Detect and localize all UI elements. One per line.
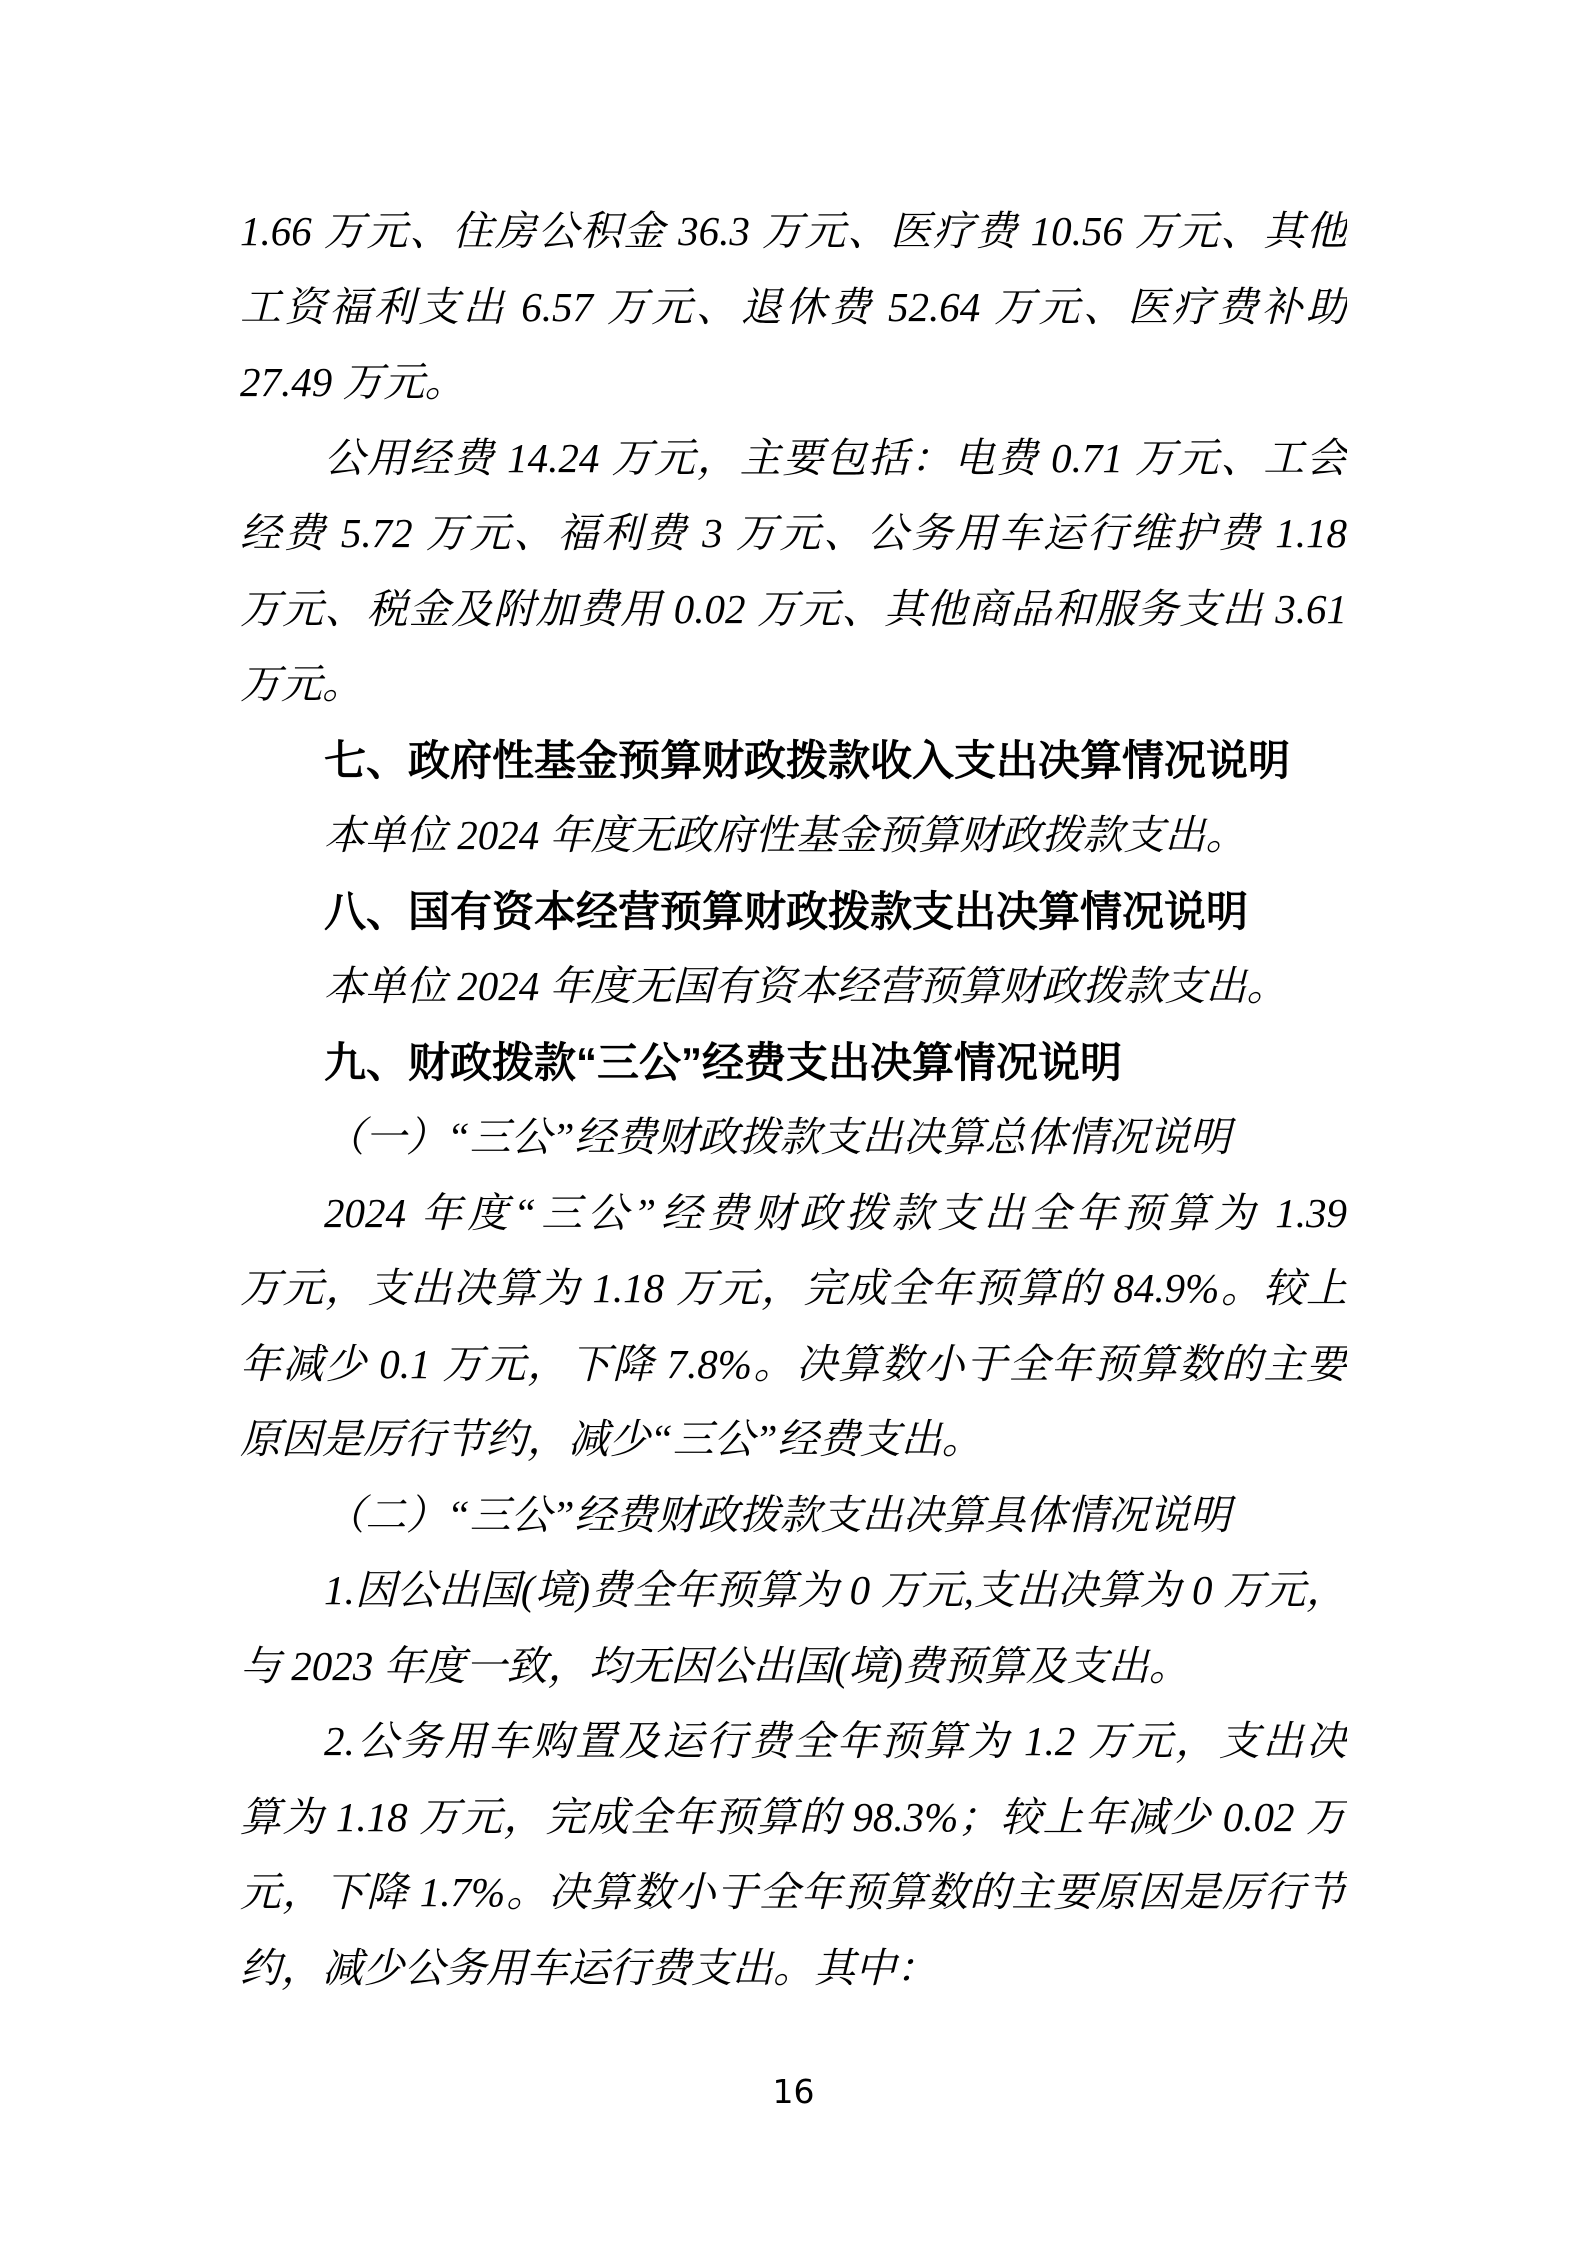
page-number: 16: [0, 2072, 1587, 2111]
subsection-heading-1: （一）“三公”经费财政拨款支出决算总体情况说明: [240, 1100, 1347, 1176]
section-heading-8: 八、国有资本经营预算财政拨款支出决算情况说明: [240, 874, 1347, 950]
body-line: 1.66 万元、住房公积金 36.3 万元、医疗费 10.56 万元、其他: [240, 194, 1347, 270]
body-line: 1.因公出国(境)费全年预算为 0 万元,支出决算为 0 万元，: [240, 1553, 1347, 1629]
body-line: 万元、税金及附加费用 0.02 万元、其他商品和服务支出 3.61: [240, 572, 1347, 648]
body-line: 年减少 0.1 万元，下降 7.8%。决算数小于全年预算数的主要: [240, 1327, 1347, 1403]
section-heading-9: 九、财政拨款“三公”经费支出决算情况说明: [240, 1025, 1347, 1101]
section-heading-7: 七、政府性基金预算财政拨款收入支出决算情况说明: [240, 723, 1347, 799]
body-line: 万元。: [240, 647, 1347, 723]
body-line: 本单位 2024 年度无政府性基金预算财政拨款支出。: [240, 798, 1347, 874]
body-line: 27.49 万元。: [240, 345, 1347, 421]
body-line: 约，减少公务用车运行费支出。其中：: [240, 1931, 1347, 2007]
body-line: 2.公务用车购置及运行费全年预算为 1.2 万元，支出决: [240, 1704, 1347, 1780]
body-line: 经费 5.72 万元、福利费 3 万元、公务用车运行维护费 1.18: [240, 496, 1347, 572]
body-line: 工资福利支出 6.57 万元、退休费 52.64 万元、医疗费补助: [240, 270, 1347, 346]
body-line: 本单位 2024 年度无国有资本经营预算财政拨款支出。: [240, 949, 1347, 1025]
body-line: 2024 年度“三公”经费财政拨款支出全年预算为 1.39: [240, 1176, 1347, 1252]
subsection-heading-2: （二）“三公”经费财政拨款支出决算具体情况说明: [240, 1478, 1347, 1554]
document-body: 1.66 万元、住房公积金 36.3 万元、医疗费 10.56 万元、其他 工资…: [240, 194, 1347, 2006]
body-line: 原因是厉行节约，减少“三公”经费支出。: [240, 1402, 1347, 1478]
body-line: 元，下降 1.7%。决算数小于全年预算数的主要原因是厉行节: [240, 1855, 1347, 1931]
document-page: 1.66 万元、住房公积金 36.3 万元、医疗费 10.56 万元、其他 工资…: [0, 0, 1587, 2245]
body-line: 与 2023 年度一致，均无因公出国(境)费预算及支出。: [240, 1629, 1347, 1705]
body-line: 万元，支出决算为 1.18 万元，完成全年预算的 84.9%。较上: [240, 1251, 1347, 1327]
body-line: 算为 1.18 万元，完成全年预算的 98.3%；较上年减少 0.02 万: [240, 1780, 1347, 1856]
body-line: 公用经费 14.24 万元，主要包括：电费 0.71 万元、工会: [240, 421, 1347, 497]
